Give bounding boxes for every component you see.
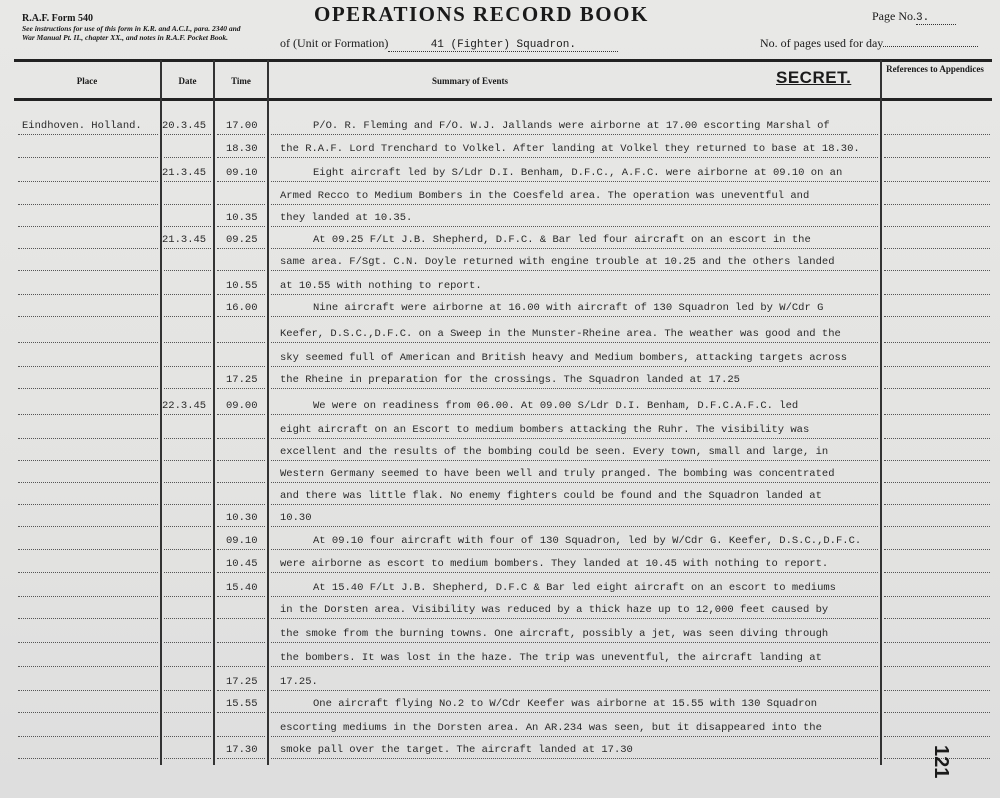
classification-stamp: SECRET.	[776, 68, 851, 88]
row-rule	[884, 134, 990, 135]
column-divider	[267, 60, 269, 765]
row-rule	[164, 157, 211, 158]
row-time: 15.55	[226, 698, 258, 710]
row-rule	[18, 226, 158, 227]
row-rule	[18, 549, 158, 550]
row-rule	[884, 270, 990, 271]
row-rule	[217, 504, 265, 505]
row-rule	[217, 549, 265, 550]
row-rule	[884, 226, 990, 227]
row-rule	[164, 549, 211, 550]
row-date: 20.3.45	[162, 120, 206, 132]
row-rule	[164, 388, 211, 389]
row-summary: were airborne as escort to medium bomber…	[280, 558, 828, 570]
row-rule	[164, 596, 211, 597]
row-rule	[18, 526, 158, 527]
row-rule	[18, 204, 158, 205]
row-rule	[18, 460, 158, 461]
row-rule	[884, 388, 990, 389]
row-time: 10.35	[226, 212, 258, 224]
row-rule	[884, 572, 990, 573]
row-rule	[217, 572, 265, 573]
unit-field: of (Unit or Formation)41 (Fighter) Squad…	[280, 36, 618, 52]
row-rule	[164, 294, 211, 295]
row-rule	[271, 157, 878, 158]
row-summary: P/O. R. Fleming and F/O. W.J. Jallands w…	[313, 120, 830, 132]
row-rule	[18, 690, 158, 691]
column-divider	[880, 60, 882, 765]
row-summary: Nine aircraft were airborne at 16.00 wit…	[313, 302, 823, 314]
row-rule	[164, 504, 211, 505]
row-rule	[18, 316, 158, 317]
row-rule	[271, 438, 878, 439]
row-rule	[18, 248, 158, 249]
row-rule	[271, 758, 878, 759]
row-rule	[217, 248, 265, 249]
row-rule	[164, 618, 211, 619]
row-rule	[18, 504, 158, 505]
row-rule	[884, 366, 990, 367]
row-summary: the Rheine in preparation for the crossi…	[280, 374, 740, 386]
row-rule	[271, 181, 878, 182]
column-header-time: Time	[215, 76, 267, 86]
row-rule	[271, 226, 878, 227]
row-rule	[217, 414, 265, 415]
row-rule	[271, 504, 878, 505]
row-rule	[164, 342, 211, 343]
row-rule	[164, 316, 211, 317]
pages-used-label: No. of pages used for day	[760, 36, 883, 50]
row-rule	[217, 226, 265, 227]
row-rule	[271, 342, 878, 343]
row-rule	[164, 642, 211, 643]
row-rule	[271, 549, 878, 550]
row-rule	[271, 248, 878, 249]
row-rule	[271, 666, 878, 667]
row-rule	[18, 414, 158, 415]
row-rule	[884, 736, 990, 737]
row-time: 17.30	[226, 744, 258, 756]
row-rule	[18, 666, 158, 667]
row-rule	[884, 204, 990, 205]
row-rule	[18, 642, 158, 643]
row-rule	[217, 342, 265, 343]
row-rule	[271, 618, 878, 619]
row-rule	[217, 316, 265, 317]
row-summary: At 15.40 F/Lt J.B. Shepherd, D.F.C & Bar…	[313, 582, 836, 594]
row-rule	[18, 712, 158, 713]
row-rule	[884, 460, 990, 461]
row-summary: One aircraft flying No.2 to W/Cdr Keefer…	[313, 698, 817, 710]
row-rule	[18, 482, 158, 483]
row-time: 09.25	[226, 234, 258, 246]
row-rule	[164, 270, 211, 271]
pages-used-field: No. of pages used for day	[760, 36, 978, 51]
row-rule	[271, 526, 878, 527]
row-summary: Keefer, D.S.C.,D.F.C. on a Sweep in the …	[280, 328, 841, 340]
row-rule	[271, 414, 878, 415]
form-number: R.A.F. Form 540	[22, 13, 93, 24]
row-rule	[217, 736, 265, 737]
row-rule	[884, 342, 990, 343]
row-rule	[271, 642, 878, 643]
row-rule	[164, 736, 211, 737]
archive-page-stamp: 121	[929, 745, 952, 778]
row-rule	[217, 294, 265, 295]
row-summary: 17.25.	[280, 676, 318, 688]
row-rule	[18, 736, 158, 737]
column-header-references: References to Appendices	[885, 64, 985, 75]
row-rule	[164, 204, 211, 205]
column-header-place: Place	[14, 76, 160, 86]
row-rule	[271, 204, 878, 205]
row-rule	[271, 690, 878, 691]
row-summary: escorting mediums in the Dorsten area. A…	[280, 722, 822, 734]
row-rule	[271, 736, 878, 737]
row-rule	[884, 690, 990, 691]
row-rule	[164, 414, 211, 415]
row-time: 10.45	[226, 558, 258, 570]
row-summary: the bombers. It was lost in the haze. Th…	[280, 652, 822, 664]
row-time: 09.10	[226, 167, 258, 179]
page-title: OPERATIONS RECORD BOOK	[314, 2, 649, 27]
column-header-summary: Summary of Events	[270, 76, 670, 86]
row-rule	[164, 460, 211, 461]
row-rule	[884, 642, 990, 643]
row-summary: Eight aircraft led by S/Ldr D.I. Benham,…	[313, 167, 842, 179]
row-rule	[18, 438, 158, 439]
row-rule	[884, 482, 990, 483]
row-time: 10.55	[226, 280, 258, 292]
row-rule	[164, 572, 211, 573]
row-rule	[884, 248, 990, 249]
row-rule	[271, 366, 878, 367]
page-number-label: Page No.	[872, 9, 916, 23]
row-rule	[18, 758, 158, 759]
page-number: Page No.3.	[872, 9, 956, 25]
row-summary: the R.A.F. Lord Trenchard to Volkel. Aft…	[280, 143, 860, 155]
row-rule	[217, 204, 265, 205]
row-rule	[18, 596, 158, 597]
row-summary: Western Germany seemed to have been well…	[280, 468, 835, 480]
page-number-value: 3.	[916, 12, 956, 25]
operations-record-page: R.A.F. Form 540 See instructions for use…	[0, 0, 1000, 798]
column-header-date: Date	[162, 76, 213, 86]
row-summary: smoke pall over the target. The aircraft…	[280, 744, 633, 756]
row-rule	[164, 526, 211, 527]
row-rule	[217, 618, 265, 619]
row-summary: We were on readiness from 06.00. At 09.0…	[313, 400, 798, 412]
row-rule	[217, 712, 265, 713]
row-date: 21.3.45	[162, 167, 206, 179]
unit-label: of (Unit or Formation)	[280, 36, 388, 50]
row-summary: excellent and the results of the bombing…	[280, 446, 828, 458]
row-rule	[217, 438, 265, 439]
row-rule	[164, 181, 211, 182]
row-rule	[18, 157, 158, 158]
row-rule	[217, 666, 265, 667]
row-rule	[217, 526, 265, 527]
row-rule	[884, 157, 990, 158]
row-rule	[217, 596, 265, 597]
row-rule	[271, 294, 878, 295]
unit-value: 41 (Fighter) Squadron.	[388, 39, 618, 52]
row-summary: At 09.10 four aircraft with four of 130 …	[313, 535, 861, 547]
row-rule	[164, 758, 211, 759]
row-rule	[884, 504, 990, 505]
row-rule	[18, 270, 158, 271]
row-rule	[884, 549, 990, 550]
row-time: 16.00	[226, 302, 258, 314]
row-rule	[217, 134, 265, 135]
row-time: 09.00	[226, 400, 258, 412]
row-time: 09.10	[226, 535, 258, 547]
row-rule	[18, 294, 158, 295]
row-summary: in the Dorsten area. Visibility was redu…	[280, 604, 828, 616]
row-rule	[217, 690, 265, 691]
row-rule	[217, 157, 265, 158]
pages-used-value	[883, 46, 978, 47]
row-rule	[884, 438, 990, 439]
row-rule	[18, 366, 158, 367]
row-time: 10.30	[226, 512, 258, 524]
row-rule	[271, 316, 878, 317]
row-rule	[217, 758, 265, 759]
row-date: 22.3.45	[162, 400, 206, 412]
row-rule	[217, 181, 265, 182]
row-rule	[217, 388, 265, 389]
row-summary: Armed Recco to Medium Bombers in the Coe…	[280, 190, 809, 202]
row-rule	[164, 438, 211, 439]
row-rule	[217, 270, 265, 271]
row-rule	[271, 482, 878, 483]
row-rule	[18, 388, 158, 389]
row-summary: they landed at 10.35.	[280, 212, 412, 224]
row-rule	[884, 526, 990, 527]
row-time: 17.25	[226, 374, 258, 386]
row-rule	[271, 460, 878, 461]
row-rule	[18, 618, 158, 619]
row-summary: and there was little flak. No enemy figh…	[280, 490, 822, 502]
column-divider	[213, 60, 215, 765]
row-rule	[164, 134, 211, 135]
row-rule	[217, 366, 265, 367]
row-rule	[884, 618, 990, 619]
row-time: 15.40	[226, 582, 258, 594]
row-rule	[164, 712, 211, 713]
row-rule	[271, 388, 878, 389]
row-rule	[18, 342, 158, 343]
row-rule	[164, 366, 211, 367]
row-summary: At 09.25 F/Lt J.B. Shepherd, D.F.C. & Ba…	[313, 234, 811, 246]
row-rule	[217, 460, 265, 461]
row-rule	[217, 482, 265, 483]
row-rule	[271, 712, 878, 713]
row-rule	[884, 712, 990, 713]
row-summary: 10.30	[280, 512, 312, 524]
row-place: Eindhoven. Holland.	[22, 120, 142, 132]
row-rule	[271, 572, 878, 573]
row-rule	[164, 482, 211, 483]
row-rule	[884, 414, 990, 415]
row-summary: at 10.55 with nothing to report.	[280, 280, 482, 292]
row-summary: the smoke from the burning towns. One ai…	[280, 628, 828, 640]
row-date: 21.3.45	[162, 234, 206, 246]
column-divider	[160, 60, 162, 765]
row-summary: same area. F/Sgt. C.N. Doyle returned wi…	[280, 256, 835, 268]
row-time: 18.30	[226, 143, 258, 155]
row-rule	[18, 134, 158, 135]
row-rule	[884, 294, 990, 295]
row-rule	[884, 316, 990, 317]
row-rule	[164, 666, 211, 667]
row-rule	[271, 270, 878, 271]
row-time: 17.25	[226, 676, 258, 688]
row-rule	[164, 690, 211, 691]
row-rule	[271, 596, 878, 597]
row-rule	[164, 226, 211, 227]
row-rule	[164, 248, 211, 249]
row-rule	[884, 181, 990, 182]
form-instructions: See instructions for use of this form in…	[22, 25, 252, 42]
row-rule	[18, 572, 158, 573]
row-rule	[18, 181, 158, 182]
row-time: 17.00	[226, 120, 258, 132]
row-rule	[217, 642, 265, 643]
row-summary: sky seemed full of American and British …	[280, 352, 847, 364]
row-rule	[884, 666, 990, 667]
row-summary: eight aircraft on an Escort to medium bo…	[280, 424, 809, 436]
row-rule	[271, 134, 878, 135]
row-rule	[884, 596, 990, 597]
